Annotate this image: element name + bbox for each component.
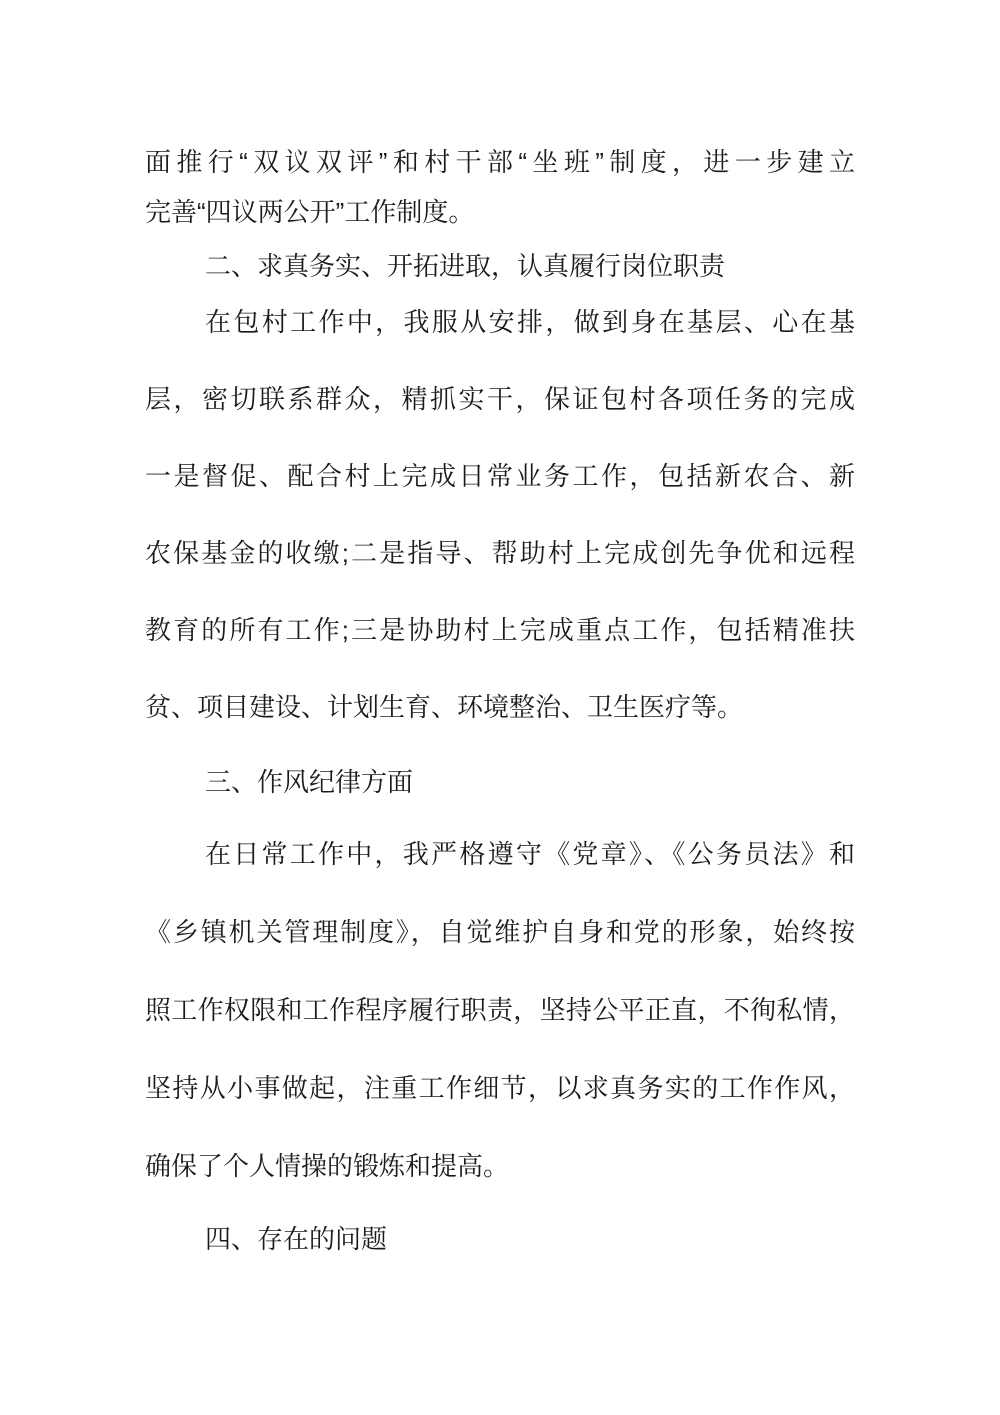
section-heading-3: 三、作风纪律方面 bbox=[205, 765, 855, 801]
text-line: 教育的所有工作;三是协助村上完成重点工作，包括精准扶 bbox=[145, 613, 855, 649]
text-line: 确保了个人情操的锻炼和提高。 bbox=[145, 1149, 855, 1185]
text-line: 坚持从小事做起，注重工作细节，以求真务实的工作作风， bbox=[145, 1071, 855, 1107]
section-heading-4: 四、存在的问题 bbox=[205, 1222, 855, 1258]
document-page: 面推行“双议双评”和村干部“坐班”制度，进一步建立 完善“四议两公开”工作制度。… bbox=[0, 0, 1000, 1415]
text-line: 在包村工作中，我服从安排，做到身在基层、心在基 bbox=[205, 305, 855, 341]
text-line: 贫、项目建设、计划生育、环境整治、卫生医疗等。 bbox=[145, 690, 855, 726]
section-heading-2: 二、求真务实、开拓进取，认真履行岗位职责 bbox=[205, 249, 855, 285]
text-line: 照工作权限和工作程序履行职责，坚持公平正直，不徇私情， bbox=[145, 993, 855, 1029]
text-line: 一是督促、配合村上完成日常业务工作，包括新农合、新 bbox=[145, 459, 855, 495]
text-line: 层，密切联系群众，精抓实干，保证包村各项任务的完成 bbox=[145, 382, 855, 418]
text-line: 在日常工作中，我严格遵守《党章》、《公务员法》和 bbox=[205, 837, 855, 873]
text-line: 面推行“双议双评”和村干部“坐班”制度，进一步建立 bbox=[145, 145, 855, 181]
text-line: 《乡镇机关管理制度》，自觉维护自身和党的形象，始终按 bbox=[145, 915, 855, 951]
text-line: 完善“四议两公开”工作制度。 bbox=[145, 195, 855, 231]
text-line: 农保基金的收缴;二是指导、帮助村上完成创先争优和远程 bbox=[145, 536, 855, 572]
